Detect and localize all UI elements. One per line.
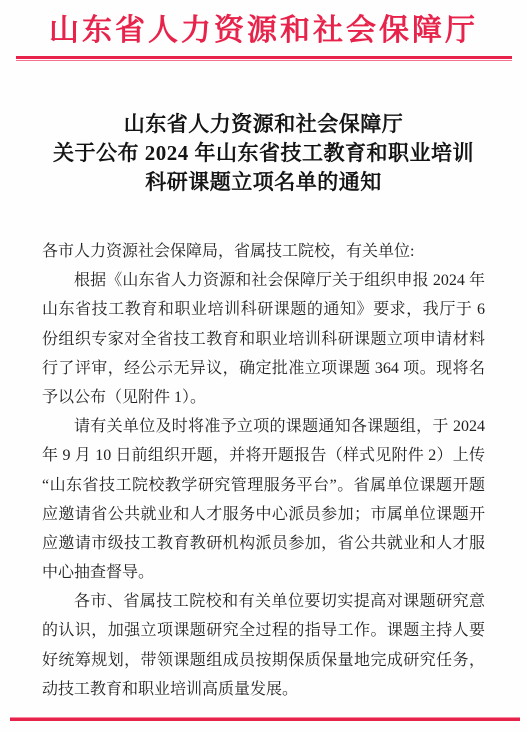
body-line: 应邀请省公共就业和人才服务中心派员参加；市属单位课题开题: [42, 500, 485, 529]
body-line: 好统筹规划，带领课题组成员按期保质保量地完成研究任务，推: [42, 646, 485, 675]
letterhead-rule-sub: [16, 60, 512, 61]
body-line: 的认识，加强立项课题研究全过程的指导工作。课题主持人要做: [42, 616, 485, 645]
body-line: 动技工教育和职业培训高质量发展。: [42, 675, 485, 704]
body-line: “山东省技工院校教学研究管理服务平台”。省属单位课题开题: [42, 471, 485, 500]
agency-masthead-title: 山东省人力资源和社会保障厅: [49, 13, 478, 49]
doc-title-line-3: 科研课题立项名单的通知: [0, 168, 527, 197]
salutation-line: 各市人力资源社会保障局，省属技工院校，有关单位:: [42, 237, 485, 266]
body-line: 各市、省属技工院校和有关单位要切实提高对课题研究意义: [42, 587, 485, 616]
body-line: 行了评审，经公示无异议，确定批准立项课题 364 项。现将名单: [42, 354, 485, 383]
doc-title-line-1: 山东省人力资源和社会保障厅: [0, 110, 527, 139]
body-line: 年 9 月 10 日前组织开题，并将开题报告（样式见附件 2）上传至: [42, 441, 485, 470]
footer-rule-main: [10, 718, 520, 721]
doc-title-line-2: 关于公布 2024 年山东省技工教育和职业培训: [0, 139, 527, 168]
body-line: 应邀请市级技工教育教研机构派员参加，省公共就业和人才服务: [42, 529, 485, 558]
letterhead: 山东省人力资源和社会保障厅: [0, 0, 527, 61]
letterhead-rule: [16, 56, 512, 61]
body-line: 份组织专家对全省技工教育和职业培训科研课题立项申请材料进: [42, 325, 485, 354]
document-page: 山东省人力资源和社会保障厅 山东省人力资源和社会保障厅 关于公布 2024 年山…: [0, 0, 527, 732]
body-line: 中心抽查督导。: [42, 558, 485, 587]
body-line: 根据《山东省人力资源和社会保障厅关于组织申报 2024 年度: [42, 266, 485, 295]
body-line: 请有关单位及时将准予立项的课题通知各课题组，于 2024: [42, 412, 485, 441]
doc-body: 各市人力资源社会保障局，省属技工院校，有关单位: 根据《山东省人力资源和社会保障…: [42, 237, 485, 704]
letterhead-rule-main: [16, 56, 512, 59]
footer-rule: [10, 717, 520, 721]
body-line: 山东省技工教育和职业培训科研课题的通知》要求，我厅于 6 月: [42, 295, 485, 324]
body-line: 予以公布（见附件 1）。: [42, 383, 485, 412]
doc-title: 山东省人力资源和社会保障厅 关于公布 2024 年山东省技工教育和职业培训 科研…: [0, 110, 527, 197]
